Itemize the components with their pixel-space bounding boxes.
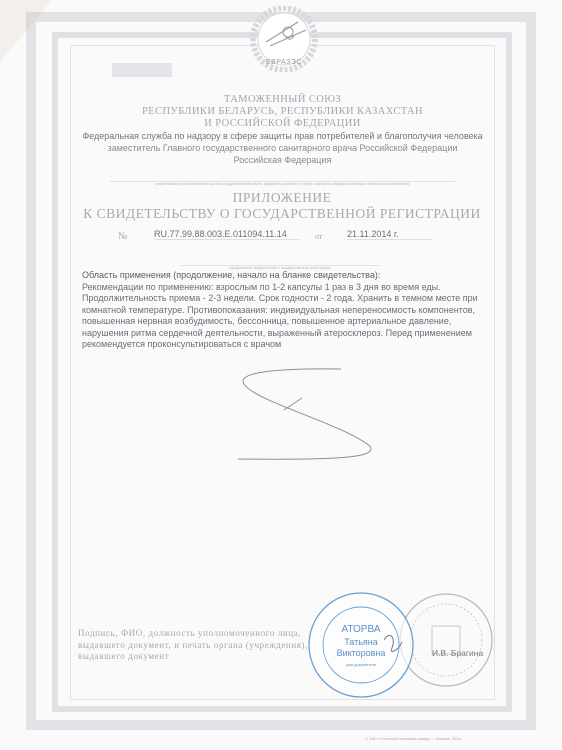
eurasec-emblem: ЕВРАЗЭС [248,6,320,72]
application-scope: Область применения (продолжение, начало … [82,270,487,351]
stamp-patronymic: Викторовна [306,648,416,658]
document-title: ПРИЛОЖЕНИЕ К СВИДЕТЕЛЬСТВУ О ГОСУДАРСТВЕ… [62,190,502,222]
blue-seal: АТОРВА Татьяна Викторовна для документов [306,590,416,700]
stamp-small-text: для документов [306,662,416,667]
agency-caption: (наименование уполномоченного органа гос… [110,181,455,186]
country-name: Российская Федерация [70,154,495,166]
signer-name: И.В. Брагина [432,648,483,658]
stamp-surname: АТОРВА [306,624,416,635]
registration-date: 21.11.2014 г. [347,229,432,240]
registration-number: RU.77.99.88.003.Е.011094.11.14 [154,229,299,240]
printer-footer: © ЗАО «Опытный печатный завод», г. Москв… [365,736,461,741]
signature-caption: Подпись, ФИО, должность уполномоченного … [78,628,338,663]
document-header: ТАМОЖЕННЫЙ СОЮЗ РЕСПУБЛИКИ БЕЛАРУСЬ, РЕС… [70,94,495,166]
federation-title: И РОССИЙСКОЙ ФЕДЕРАЦИИ [70,118,495,130]
document-page: ЕВРАЗЭС ТАМОЖЕННЫЙ СОЮЗ РЕСПУБЛИКИ БЕЛАР… [0,0,562,750]
republics-title: РЕСПУБЛИКИ БЕЛАРУСЬ, РЕСПУБЛИКИ КАЗАХСТА… [70,106,495,118]
stamp-first-name: Татьяна [306,637,416,647]
union-title: ТАМОЖЕННЫЙ СОЮЗ [70,94,495,106]
title-line-2: К СВИДЕТЕЛЬСТВУ О ГОСУДАРСТВЕННОЙ РЕГИСТ… [62,206,502,222]
deputy-title: заместитель Главного государственного са… [70,142,495,154]
emblem-label: ЕВРАЗЭС [248,59,320,66]
title-line-1: ПРИЛОЖЕНИЕ [62,190,502,206]
scope-text: Рекомендации по применению: взрослым по … [82,282,487,351]
handwritten-mark [218,362,378,472]
scope-heading: Область применения (продолжение, начало … [82,270,487,282]
agency-name: Федеральная служба по надзору в сфере за… [70,130,495,142]
serial-stamp-area [112,63,172,77]
number-sign: № [118,231,128,242]
from-label: от [315,232,322,241]
